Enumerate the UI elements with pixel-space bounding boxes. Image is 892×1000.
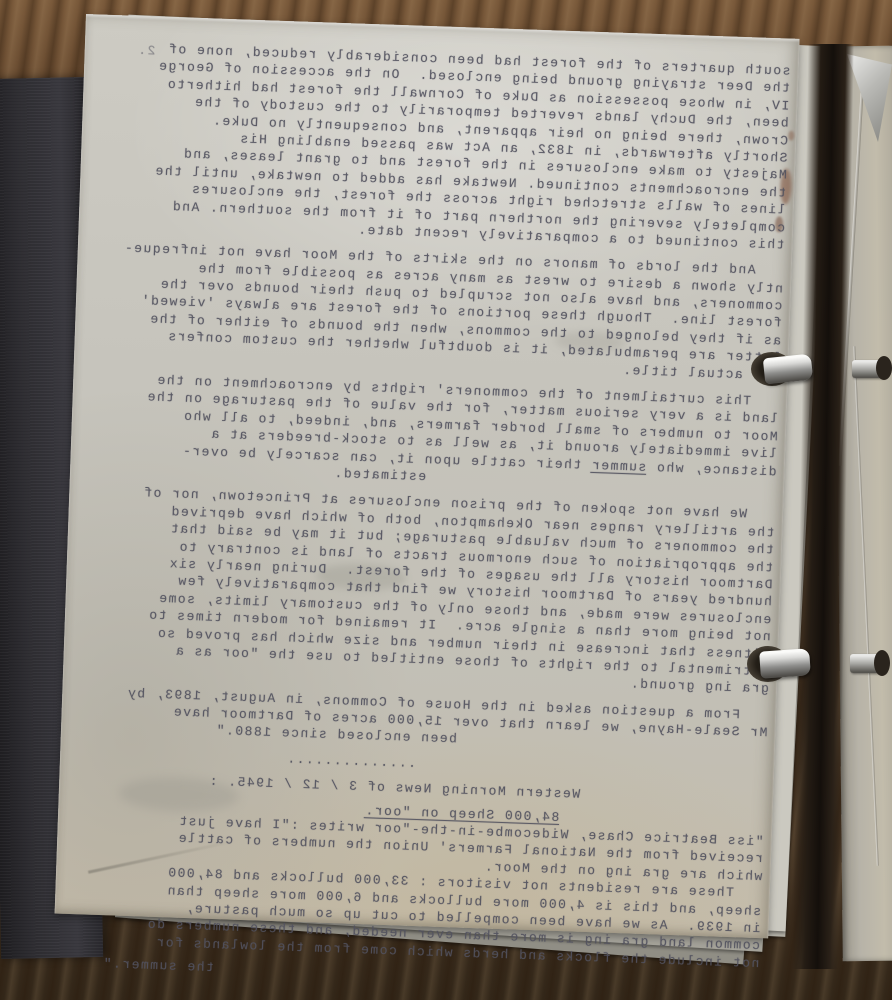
mirrored-text-layer: 2. south quarters of the forest had been… (105, 40, 791, 928)
paper-crease (853, 346, 879, 866)
typed-text: distance, who (646, 459, 777, 479)
photo-of-mirrored-typewritten-page-in-binder: 2. south quarters of the forest had been… (0, 0, 892, 1000)
typed-text-line: the summer." (103, 955, 215, 976)
page-number: 2. (136, 42, 155, 60)
underlined-text: summer (590, 457, 646, 474)
binder-ring-bottom (759, 648, 811, 678)
facing-punch-hole-bottom (874, 650, 890, 676)
binder-ring-top (763, 354, 813, 385)
rust-stain (788, 131, 794, 141)
facing-punch-hole-top (876, 356, 892, 380)
typewritten-page: 2. south quarters of the forest had been… (55, 14, 800, 938)
